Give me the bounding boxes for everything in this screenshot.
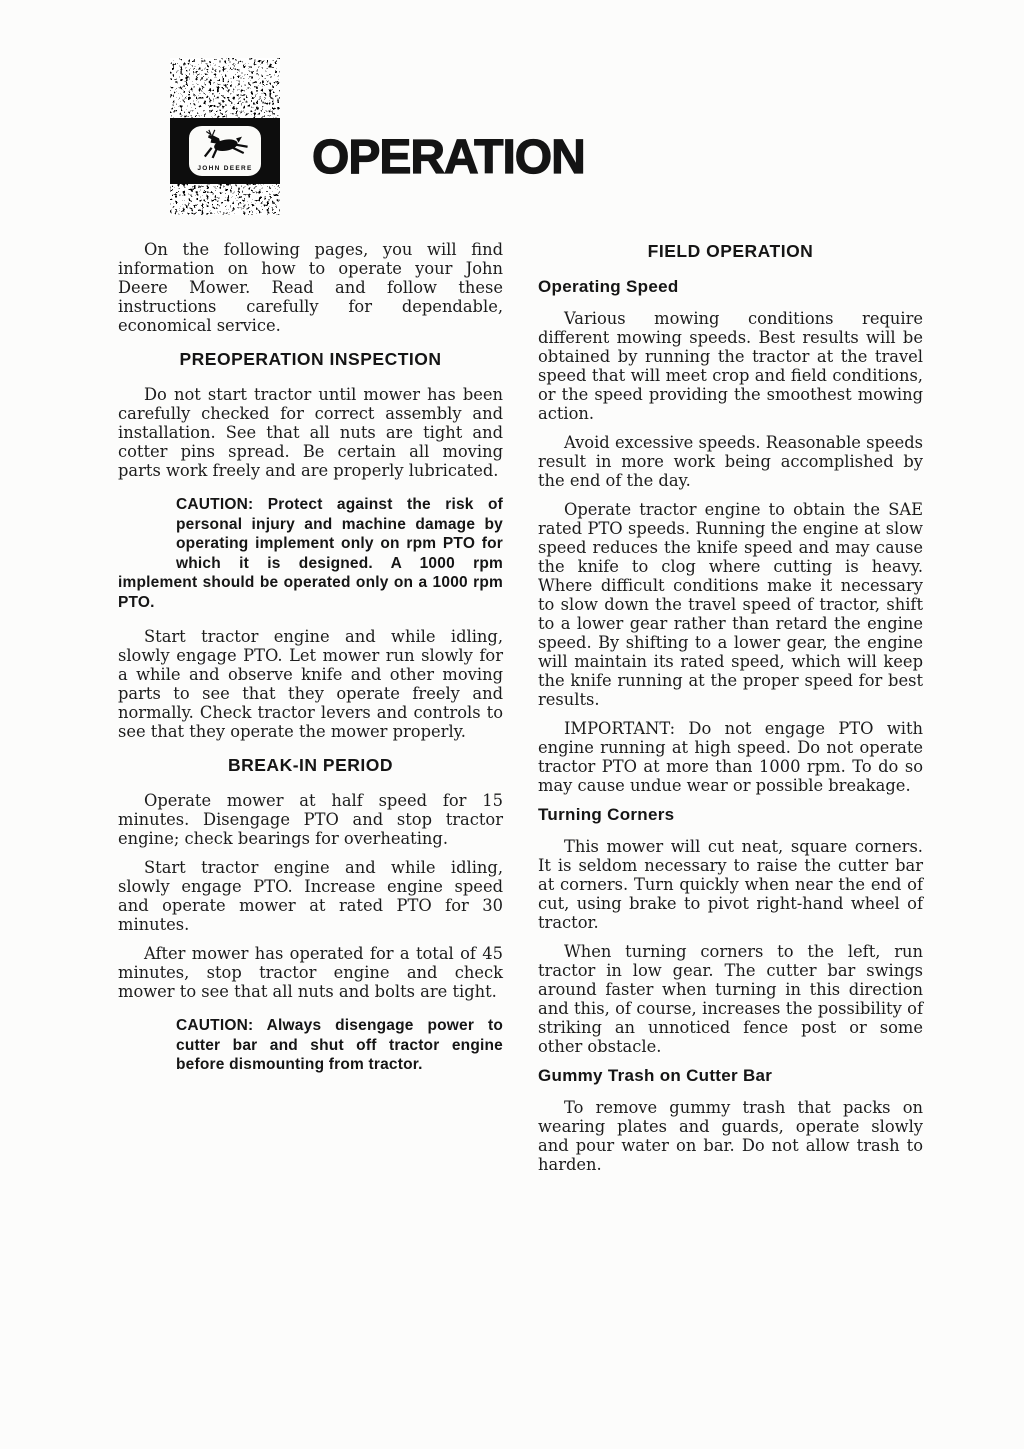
caution-indent-spacer (118, 495, 176, 554)
gummy-trash-paragraph-1: To remove gummy trash that packs on wear… (538, 1098, 923, 1174)
right-column: FIELD OPERATION Operating Speed Various … (538, 240, 923, 1184)
operating-speed-paragraph-1: Various mowing conditions require differ… (538, 309, 923, 423)
logo-plate: JOHN DEERE (189, 126, 261, 176)
logo-brand-text: JOHN DEERE (197, 165, 252, 172)
preoperation-paragraph-1: Do not start tractor until mower has bee… (118, 385, 503, 480)
break-in-paragraph-3: After mower has operated for a total of … (118, 944, 503, 1001)
left-column: On the following pages, you will find in… (118, 240, 503, 1090)
break-in-paragraph-1: Operate mower at half speed for 15 minut… (118, 791, 503, 848)
leaping-deer-icon (197, 129, 253, 163)
logo-band: JOHN DEERE (170, 118, 280, 184)
break-in-paragraph-2: Start tractor engine and while idling, s… (118, 858, 503, 934)
caution-pto-speed: CAUTION: Protect against the risk of per… (118, 495, 503, 612)
heading-operating-speed: Operating Speed (538, 277, 923, 296)
john-deere-logo: JOHN DEERE (170, 58, 280, 215)
heading-field-operation: FIELD OPERATION (538, 242, 923, 261)
heading-preoperation-inspection: PREOPERATION INSPECTION (118, 350, 503, 369)
turning-corners-paragraph-2: When turning corners to the left, run tr… (538, 942, 923, 1056)
heading-turning-corners: Turning Corners (538, 805, 923, 824)
important-note: IMPORTANT: Do not engage PTO with engine… (538, 719, 923, 795)
heading-gummy-trash: Gummy Trash on Cutter Bar (538, 1066, 923, 1085)
turning-corners-paragraph-1: This mower will cut neat, square corners… (538, 837, 923, 932)
manual-page: JOHN DEERE OPERATION On the following pa… (0, 0, 1024, 1449)
preoperation-paragraph-2: Start tractor engine and while idling, s… (118, 627, 503, 741)
operating-speed-paragraph-2: Avoid excessive speeds. Reasonable speed… (538, 433, 923, 490)
operating-speed-paragraph-3: Operate tractor engine to obtain the SAE… (538, 500, 923, 709)
heading-break-in-period: BREAK-IN PERIOD (118, 756, 503, 775)
page-title: OPERATION (312, 134, 585, 182)
intro-paragraph: On the following pages, you will find in… (118, 240, 503, 335)
caution-dismount: CAUTION: Always disengage power to cutte… (176, 1016, 503, 1075)
